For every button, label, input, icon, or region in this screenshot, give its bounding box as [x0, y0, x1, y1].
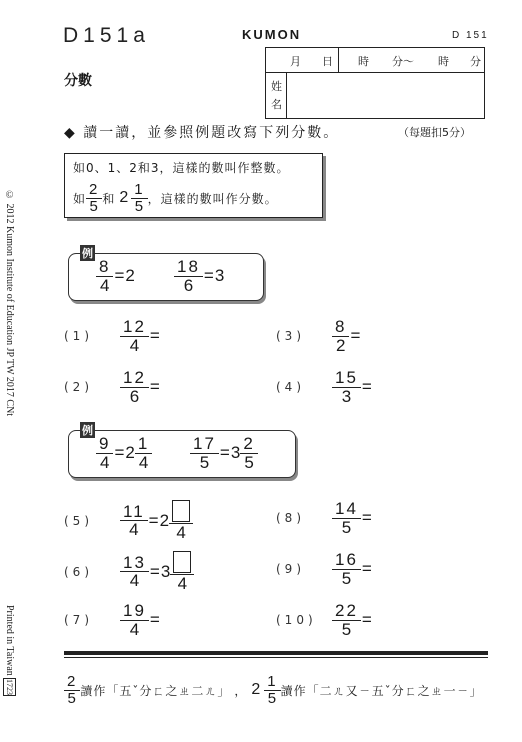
date-name-table: 月 日 時 分～ 時 分 姓 名	[265, 47, 485, 119]
note-fraction-1: 25	[64, 674, 80, 707]
numerator-box[interactable]	[170, 551, 194, 575]
fraction: 82	[332, 318, 349, 355]
denominator: 5	[342, 519, 351, 537]
problem-number: (3)	[276, 329, 316, 343]
problem-number: (2)	[64, 380, 104, 394]
definition-box: 如0、1、2和3，這樣的數叫作整數。 如 25 和 2 15 ，這樣的數叫作分數…	[64, 153, 323, 218]
copyright-text: © 2012 Kumon Institute of Education JP T…	[4, 190, 15, 416]
equals-sign: =	[114, 266, 124, 286]
numerator: 22	[332, 602, 361, 621]
denominator: 4	[139, 454, 148, 472]
fraction: 225	[332, 602, 361, 639]
start-hour-field[interactable]: 時	[358, 53, 369, 69]
denominator: 4	[130, 572, 139, 590]
equals-sign: =	[350, 326, 360, 346]
equals-sign: =	[150, 610, 160, 630]
denominator: 5	[342, 621, 351, 639]
answer-field[interactable]	[361, 326, 441, 346]
denominator: 4	[176, 524, 185, 542]
result-fraction: 25	[240, 435, 257, 472]
denominator: 5	[90, 199, 99, 215]
fraction: 124	[120, 318, 149, 355]
numerator: 15	[332, 369, 361, 388]
problem-1: (1) 124 =	[64, 318, 241, 355]
example-2-item-1: 94 = 2 14	[96, 435, 152, 472]
fraction: 84	[96, 258, 113, 295]
def-fraction-2: 15	[131, 182, 147, 215]
example-1-item-1: 84 = 2	[96, 258, 135, 295]
problem-6: (6) 134 = 3 4	[64, 551, 194, 593]
date-time-divider	[338, 48, 339, 72]
problem-7: (7) 194 =	[64, 602, 241, 639]
problem-3: (3) 82 =	[276, 318, 441, 355]
def-whole: 2	[119, 189, 129, 207]
answer-field[interactable]	[161, 610, 241, 630]
numerator: 13	[120, 554, 149, 573]
result-fraction: 14	[135, 435, 152, 472]
note-whole: 2	[251, 681, 261, 699]
equals-sign: =	[362, 610, 372, 630]
denominator: 5	[135, 199, 144, 215]
reading-note: 25 讀作「五ˇ分ㄈ之ㄓ二ㄦ」 ， 2 15 讀作「二ㄦ又ㄧ五ˇ分ㄈ之ㄓ一ㄧ」	[64, 674, 483, 707]
example-1-item-2: 186 = 3	[174, 258, 224, 295]
def-prefix: 如	[73, 190, 86, 207]
denominator: 4	[100, 454, 109, 472]
note-fraction-2: 15	[264, 674, 280, 707]
numerator: 12	[120, 318, 149, 337]
problem-8: (8) 145 =	[276, 500, 453, 537]
numerator: 1	[131, 182, 147, 199]
day-field[interactable]: 日	[322, 53, 333, 69]
worksheet-topic: 分數	[64, 70, 92, 90]
numerator: 16	[332, 551, 361, 570]
definition-line-2: 如 25 和 2 15 ，這樣的數叫作分數。	[73, 182, 278, 215]
problem-2: (2) 126 =	[64, 369, 241, 406]
denominator: 5	[68, 691, 77, 707]
note-separator: ，	[234, 682, 247, 699]
printed-label: Printed in Taiwan	[4, 605, 15, 676]
numerator: 8	[96, 258, 113, 277]
example-label-2: 例	[80, 422, 95, 438]
numerator: 2	[240, 435, 257, 454]
worksheet-code: D151a	[63, 24, 150, 48]
fraction: 165	[332, 551, 361, 588]
numerator: 2	[64, 674, 80, 691]
whole-part: 2	[160, 511, 169, 531]
numerator: 1	[264, 674, 280, 691]
problem-number: (8)	[276, 511, 316, 525]
fraction: 186	[174, 258, 203, 295]
answer-box[interactable]	[173, 551, 191, 573]
problem-4: (4) 153 =	[276, 369, 453, 406]
fraction: 94	[96, 435, 113, 472]
month-field[interactable]: 月	[290, 53, 301, 69]
problem-9: (9) 165 =	[276, 551, 453, 588]
example-2-item-2: 175 = 3 25	[190, 435, 258, 472]
equals-sign: =	[204, 266, 214, 286]
equals-sign: =	[150, 326, 160, 346]
numerator: 12	[120, 369, 149, 388]
fraction: 194	[120, 602, 149, 639]
denominator: 5	[342, 570, 351, 588]
note-reading-1: 讀作「五ˇ分ㄈ之ㄓ二ㄦ」	[80, 682, 230, 699]
answer-field[interactable]	[373, 610, 453, 630]
numerator: 9	[96, 435, 113, 454]
equals-sign: =	[220, 443, 230, 463]
denominator: 4	[129, 521, 138, 539]
answer-field[interactable]	[373, 377, 453, 397]
result: 3	[215, 266, 224, 286]
problem-number: (7)	[64, 613, 104, 627]
fraction: 134	[120, 554, 149, 591]
fraction: 145	[332, 500, 361, 537]
divider-thick	[64, 651, 488, 655]
answer-field[interactable]	[161, 326, 241, 346]
denominator: 6	[130, 388, 139, 406]
end-hour-field[interactable]: 時	[438, 53, 449, 69]
name-label-column: 姓 名	[266, 72, 287, 118]
kumon-logo: KUMON	[242, 27, 301, 42]
def-suffix: ，這樣的數叫作分數。	[148, 190, 278, 207]
denominator: 5	[268, 691, 277, 707]
start-minute-field[interactable]: 分～	[392, 53, 414, 69]
numerator: 2	[86, 182, 102, 199]
denominator: 3	[342, 388, 351, 406]
numerator: 17	[190, 435, 219, 454]
worksheet-code-small: D 151	[452, 30, 489, 41]
answer-field[interactable]	[373, 559, 453, 579]
problem-10: (10) 225 =	[276, 602, 453, 639]
equals-sign: =	[362, 508, 372, 528]
equals-sign: =	[150, 377, 160, 397]
denominator: 6	[184, 277, 193, 295]
numerator: 19	[120, 602, 149, 621]
equals-sign: =	[362, 559, 372, 579]
denominator: 5	[244, 454, 253, 472]
equals-sign: =	[362, 377, 372, 397]
denominator: 5	[200, 454, 209, 472]
end-minute-field[interactable]: 分	[470, 53, 481, 69]
numerator: 1	[135, 435, 152, 454]
example-label-1: 例	[80, 245, 95, 261]
answer-box[interactable]	[172, 500, 190, 522]
answer-field[interactable]	[373, 508, 453, 528]
printed-in-text: Printed in Taiwan 1723	[4, 605, 15, 696]
print-code-badge: 1723	[3, 678, 16, 696]
denominator: 4	[100, 277, 109, 295]
numerator-box[interactable]	[169, 500, 193, 524]
numerator: 11	[120, 503, 148, 522]
problem-number: (4)	[276, 380, 316, 394]
fraction: 114	[120, 503, 148, 540]
whole-part: 3	[231, 443, 240, 463]
denominator: 2	[336, 337, 345, 355]
whole-part: 3	[161, 562, 170, 582]
problem-5: (5) 114 = 2 4	[64, 500, 193, 542]
note-reading-2: 讀作「二ㄦ又ㄧ五ˇ分ㄈ之ㄓ一ㄧ」	[281, 682, 483, 699]
name-label-1: 姓	[271, 78, 282, 94]
numerator: 18	[174, 258, 203, 277]
instruction-text: ◆ 讀一讀，並參照例題改寫下列分數。	[64, 122, 339, 142]
fraction: 153	[332, 369, 361, 406]
denominator: 4	[130, 337, 139, 355]
fraction: 126	[120, 369, 149, 406]
result: 2	[125, 266, 134, 286]
divider-thin	[64, 657, 488, 658]
numerator: 8	[332, 318, 349, 337]
answer-fraction: 4	[169, 500, 193, 542]
equals-sign: =	[114, 443, 124, 463]
whole-part: 2	[125, 443, 134, 463]
def-and: 和	[102, 190, 115, 207]
answer-field[interactable]	[161, 377, 241, 397]
name-label-2: 名	[271, 96, 282, 112]
problem-number: (6)	[64, 565, 104, 579]
equals-sign: =	[149, 511, 159, 531]
numerator: 14	[332, 500, 361, 519]
problem-number: (9)	[276, 562, 316, 576]
denominator: 4	[178, 575, 187, 593]
def-fraction-1: 25	[86, 182, 102, 215]
answer-fraction: 4	[170, 551, 194, 593]
score-note: （每題扣5分）	[398, 124, 471, 140]
definition-line-1: 如0、1、2和3，這樣的數叫作整數。	[73, 159, 290, 176]
denominator: 4	[130, 621, 139, 639]
equals-sign: =	[150, 562, 160, 582]
problem-number: (10)	[276, 613, 316, 627]
problem-number: (5)	[64, 514, 104, 528]
name-field[interactable]	[287, 73, 483, 117]
problem-number: (1)	[64, 329, 104, 343]
fraction: 175	[190, 435, 219, 472]
